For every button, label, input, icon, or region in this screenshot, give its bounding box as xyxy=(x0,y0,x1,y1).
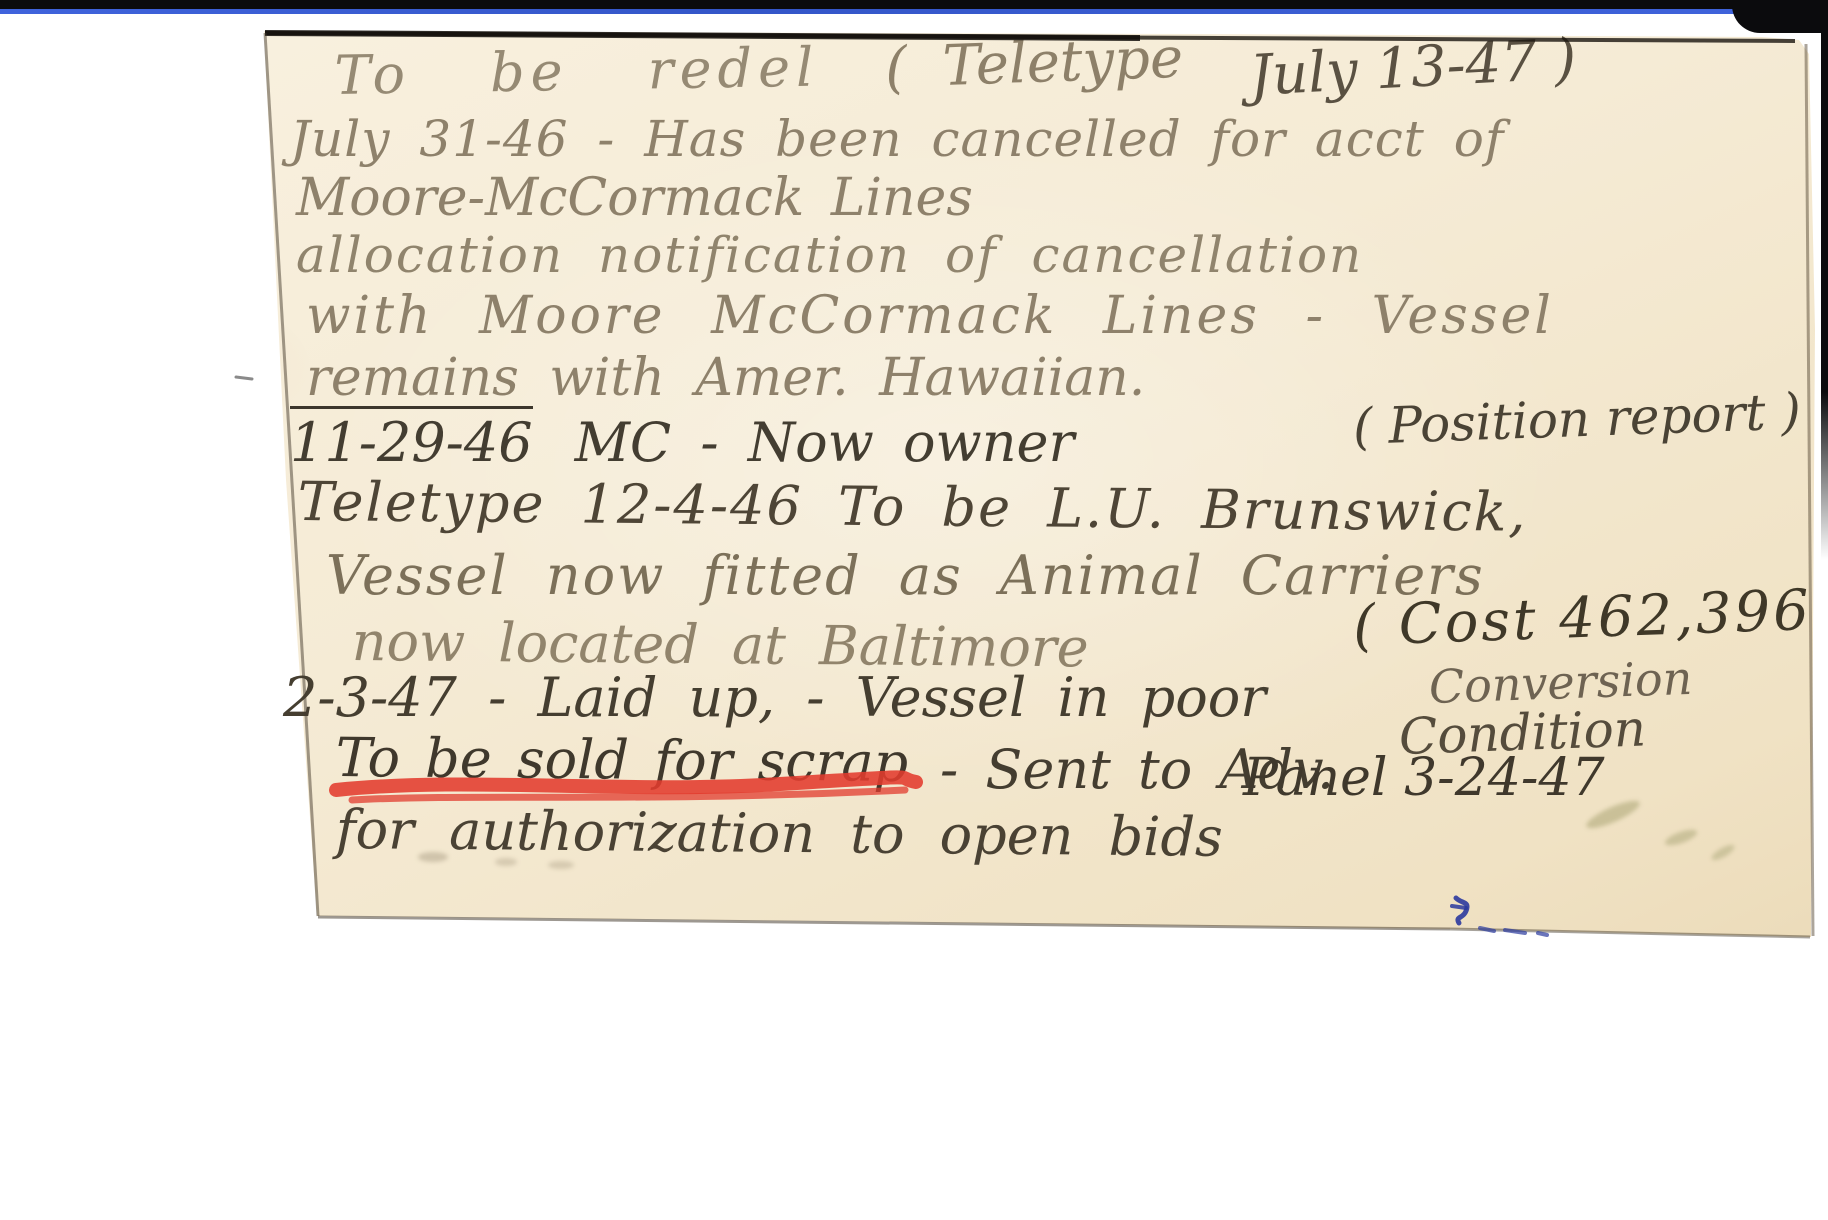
scanned-page: To be redel ( Teletype July 13-47 ) July… xyxy=(0,0,1828,1220)
red-crayon-underline xyxy=(336,777,916,800)
card-edge-shadows xyxy=(265,33,1813,937)
annotation-overlay xyxy=(0,0,1828,1220)
background-speck xyxy=(236,377,252,379)
